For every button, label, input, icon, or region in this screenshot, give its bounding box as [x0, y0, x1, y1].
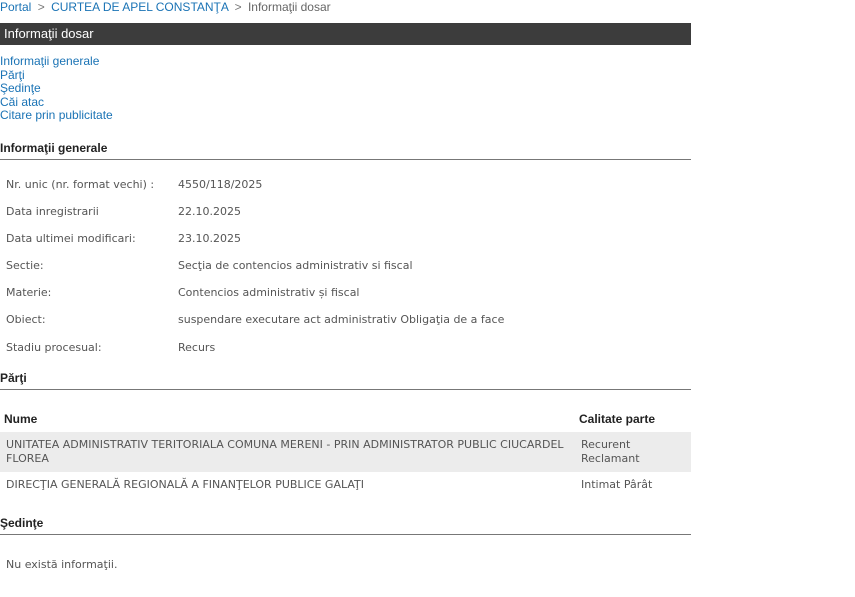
info-row: Stadiu procesual: Recurs [0, 341, 691, 368]
general-info-table: Nr. unic (nr. format vechi) : 4550/118/2… [0, 178, 691, 368]
section-heading-parti: Părţi [0, 371, 691, 390]
info-row: Data ultimei modificari: 23.10.2025 [0, 232, 691, 259]
info-value: 4550/118/2025 [178, 178, 691, 205]
breadcrumb-separator: > [235, 0, 242, 14]
table-row: UNITATEA ADMINISTRATIV TERITORIALA COMUN… [0, 432, 691, 472]
info-label: Nr. unic (nr. format vechi) : [0, 178, 178, 205]
nav-link-citare[interactable]: Citare prin publicitate [0, 109, 691, 123]
info-value: Secţia de contencios administrativ si fi… [178, 259, 691, 286]
party-name: DIRECŢIA GENERALĂ REGIONALĂ A FINANŢELOR… [0, 472, 575, 498]
section-heading-sedinte: Şedinţe [0, 516, 691, 535]
breadcrumb-court-link[interactable]: CURTEA DE APEL CONSTANŢA [51, 0, 228, 14]
party-role: Recurent Reclamant [575, 432, 691, 472]
page-title: Informaţii dosar [0, 23, 691, 45]
nav-link-cai-atac[interactable]: Căi atac [0, 96, 691, 110]
party-name: UNITATEA ADMINISTRATIV TERITORIALA COMUN… [0, 432, 575, 472]
parti-table-header: Nume Calitate parte [0, 412, 691, 432]
section-nav: Informaţii generale Părţi Şedinţe Căi at… [0, 55, 691, 123]
info-value: Recurs [178, 341, 691, 368]
nav-link-parti[interactable]: Părţi [0, 69, 691, 83]
nav-link-informatii-generale[interactable]: Informaţii generale [0, 55, 691, 69]
table-row: DIRECŢIA GENERALĂ REGIONALĂ A FINANŢELOR… [0, 472, 691, 498]
info-label: Materie: [0, 286, 178, 313]
breadcrumb: Portal > CURTEA DE APEL CONSTANŢA > Info… [0, 0, 691, 20]
info-label: Obiect: [0, 313, 178, 340]
info-label: Sectie: [0, 259, 178, 286]
info-value: 22.10.2025 [178, 205, 691, 232]
page-content: Portal > CURTEA DE APEL CONSTANŢA > Info… [0, 0, 691, 571]
info-row: Nr. unic (nr. format vechi) : 4550/118/2… [0, 178, 691, 205]
info-label: Data inregistrarii [0, 205, 178, 232]
info-label: Data ultimei modificari: [0, 232, 178, 259]
info-label: Stadiu procesual: [0, 341, 178, 368]
column-header-nume: Nume [0, 412, 579, 432]
info-row: Materie: Contencios administrativ și fis… [0, 286, 691, 313]
breadcrumb-portal-link[interactable]: Portal [0, 0, 31, 14]
info-value: Contencios administrativ și fiscal [178, 286, 691, 313]
info-row: Data inregistrarii 22.10.2025 [0, 205, 691, 232]
nav-link-sedinte[interactable]: Şedinţe [0, 82, 691, 96]
info-value: suspendare executare act administrativ O… [178, 313, 691, 340]
info-row: Obiect: suspendare executare act adminis… [0, 313, 691, 340]
party-role: Intimat Pârât [575, 472, 691, 498]
column-header-calitate: Calitate parte [579, 412, 655, 432]
empty-message: Nu există informaţii. [0, 558, 691, 571]
info-value: 23.10.2025 [178, 232, 691, 259]
breadcrumb-current: Informaţii dosar [248, 0, 331, 14]
info-row: Sectie: Secţia de contencios administrat… [0, 259, 691, 286]
section-heading-general: Informaţii generale [0, 141, 691, 160]
breadcrumb-separator: > [38, 0, 45, 14]
